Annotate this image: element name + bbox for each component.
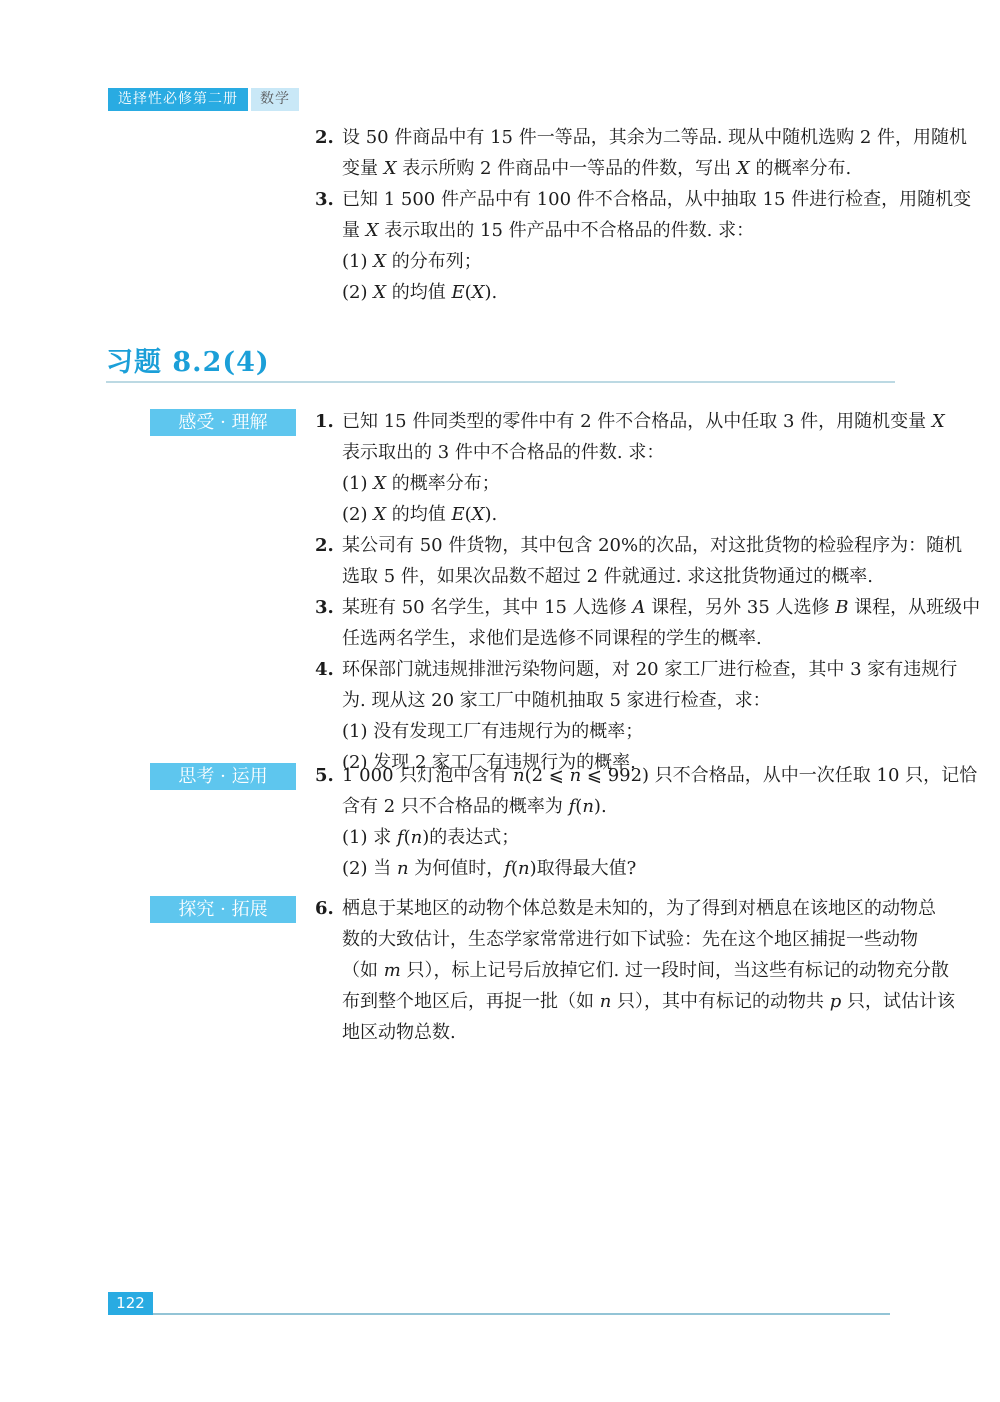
- problem-text-line: 为. 现从这 20 家工厂中随机抽取 5 家进行检查，求：: [342, 685, 975, 716]
- section-problems: 6. 栖息于某地区的动物个体总数是未知的，为了得到对栖息在该地区的动物总 数的大…: [315, 893, 975, 1048]
- problem-text-line: 变量 X 表示所购 2 件商品中一等品的件数，写出 X 的概率分布.: [342, 153, 975, 184]
- problem-number: 5.: [315, 760, 334, 791]
- problem-text-line: (2) X 的均值 E(X).: [342, 499, 975, 530]
- section-label: 探究 · 拓展: [150, 896, 296, 923]
- problem-text-line: 含有 2 只不合格品的概率为 f(n).: [342, 791, 975, 822]
- problem-text-line: (1) 没有发现工厂有违规行为的概率；: [342, 716, 975, 747]
- section-sikao-yunyong: 思考 · 运用 5. 1 000 只灯泡中含有 n(2 ⩽ n ⩽ 992) 只…: [0, 760, 1000, 884]
- header-badges: 选择性必修第二册 数学: [108, 88, 299, 111]
- problem-text-line: 任选两名学生，求他们是选修不同课程的学生的概率.: [342, 623, 975, 654]
- problem-text-line: (1) 求 f(n)的表达式；: [342, 822, 975, 853]
- problem-text-line: 量 X 表示取出的 15 件产品中不合格品的件数. 求：: [342, 215, 975, 246]
- problem-text-line: (2) 当 n 为何值时，f(n)取得最大值?: [342, 853, 975, 884]
- problem-number: 1.: [315, 406, 334, 437]
- section-problems: 5. 1 000 只灯泡中含有 n(2 ⩽ n ⩽ 992) 只不合格品，从中一…: [315, 760, 975, 884]
- problem-number: 3.: [315, 184, 334, 215]
- problem-text-line: 某公司有 50 件货物，其中包含 20%的次品，对这批货物的检验程序为：随机: [342, 530, 975, 561]
- book-title-badge: 选择性必修第二册: [108, 88, 248, 111]
- section-tanjiu-tuozhan: 探究 · 拓展 6. 栖息于某地区的动物个体总数是未知的，为了得到对栖息在该地区…: [0, 893, 1000, 1048]
- problem: 5. 1 000 只灯泡中含有 n(2 ⩽ n ⩽ 992) 只不合格品，从中一…: [315, 760, 975, 884]
- problem-text-line: (1) X 的概率分布；: [342, 468, 975, 499]
- footer-rule: [108, 1313, 890, 1315]
- page-number-badge: 122: [108, 1292, 153, 1315]
- problem-text-line: 已知 15 件同类型的零件中有 2 件不合格品，从中任取 3 件，用随机变量 X: [342, 406, 975, 437]
- problem: 2. 某公司有 50 件货物，其中包含 20%的次品，对这批货物的检验程序为：随…: [315, 530, 975, 592]
- problem: 6. 栖息于某地区的动物个体总数是未知的，为了得到对栖息在该地区的动物总 数的大…: [315, 893, 975, 1048]
- problem-text-line: 布到整个地区后，再捉一批（如 n 只），其中有标记的动物共 p 只，试估计该: [342, 986, 975, 1017]
- problem: 1. 已知 15 件同类型的零件中有 2 件不合格品，从中任取 3 件，用随机变…: [315, 406, 975, 530]
- problem-text-line: 栖息于某地区的动物个体总数是未知的，为了得到对栖息在该地区的动物总: [342, 893, 975, 924]
- problem-text-line: 地区动物总数.: [342, 1017, 975, 1048]
- problem-text-line: 1 000 只灯泡中含有 n(2 ⩽ n ⩽ 992) 只不合格品，从中一次任取…: [342, 760, 975, 791]
- problem-text-line: 数的大致估计，生态学家常常进行如下试验：先在这个地区捕捉一些动物: [342, 924, 975, 955]
- section-label: 感受 · 理解: [150, 409, 296, 436]
- problem-text-line: (1) X 的分布列；: [342, 246, 975, 277]
- problem-number: 4.: [315, 654, 334, 685]
- problem-text-line: (2) X 的均值 E(X).: [342, 277, 975, 308]
- problem-text-line: 设 50 件商品中有 15 件一等品，其余为二等品. 现从中随机选购 2 件，用…: [342, 122, 975, 153]
- section-ganshou-lijie: 感受 · 理解 1. 已知 15 件同类型的零件中有 2 件不合格品，从中任取 …: [0, 406, 1000, 778]
- section-problems: 1. 已知 15 件同类型的零件中有 2 件不合格品，从中任取 3 件，用随机变…: [315, 406, 975, 778]
- section-label: 思考 · 运用: [150, 763, 296, 790]
- problem-number: 6.: [315, 893, 334, 924]
- problem-text-line: 某班有 50 名学生，其中 15 人选修 A 课程，另外 35 人选修 B 课程…: [342, 592, 975, 623]
- problem-text-line: 选取 5 件，如果次品数不超过 2 件就通过. 求这批货物通过的概率.: [342, 561, 975, 592]
- top-problems-block: 2. 设 50 件商品中有 15 件一等品，其余为二等品. 现从中随机选购 2 …: [315, 122, 975, 308]
- problem-number: 2.: [315, 530, 334, 561]
- problem: 3. 已知 1 500 件产品中有 100 件不合格品，从中抽取 15 件进行检…: [315, 184, 975, 308]
- problem-number: 2.: [315, 122, 334, 153]
- problem-text-line: 已知 1 500 件产品中有 100 件不合格品，从中抽取 15 件进行检查，用…: [342, 184, 975, 215]
- problem-text-line: 环保部门就违规排泄污染物问题，对 20 家工厂进行检查，其中 3 家有违规行: [342, 654, 975, 685]
- exercise-set-heading: 习题 8.2(4): [106, 340, 270, 379]
- problem-text-line: 表示取出的 3 件中不合格品的件数. 求：: [342, 437, 975, 468]
- heading-divider-rule: [106, 381, 895, 383]
- problem-number: 3.: [315, 592, 334, 623]
- problem: 2. 设 50 件商品中有 15 件一等品，其余为二等品. 现从中随机选购 2 …: [315, 122, 975, 184]
- problem: 3. 某班有 50 名学生，其中 15 人选修 A 课程，另外 35 人选修 B…: [315, 592, 975, 654]
- subject-badge: 数学: [251, 88, 299, 111]
- problem-text-line: （如 m 只），标上记号后放掉它们. 过一段时间，当这些有标记的动物充分散: [342, 955, 975, 986]
